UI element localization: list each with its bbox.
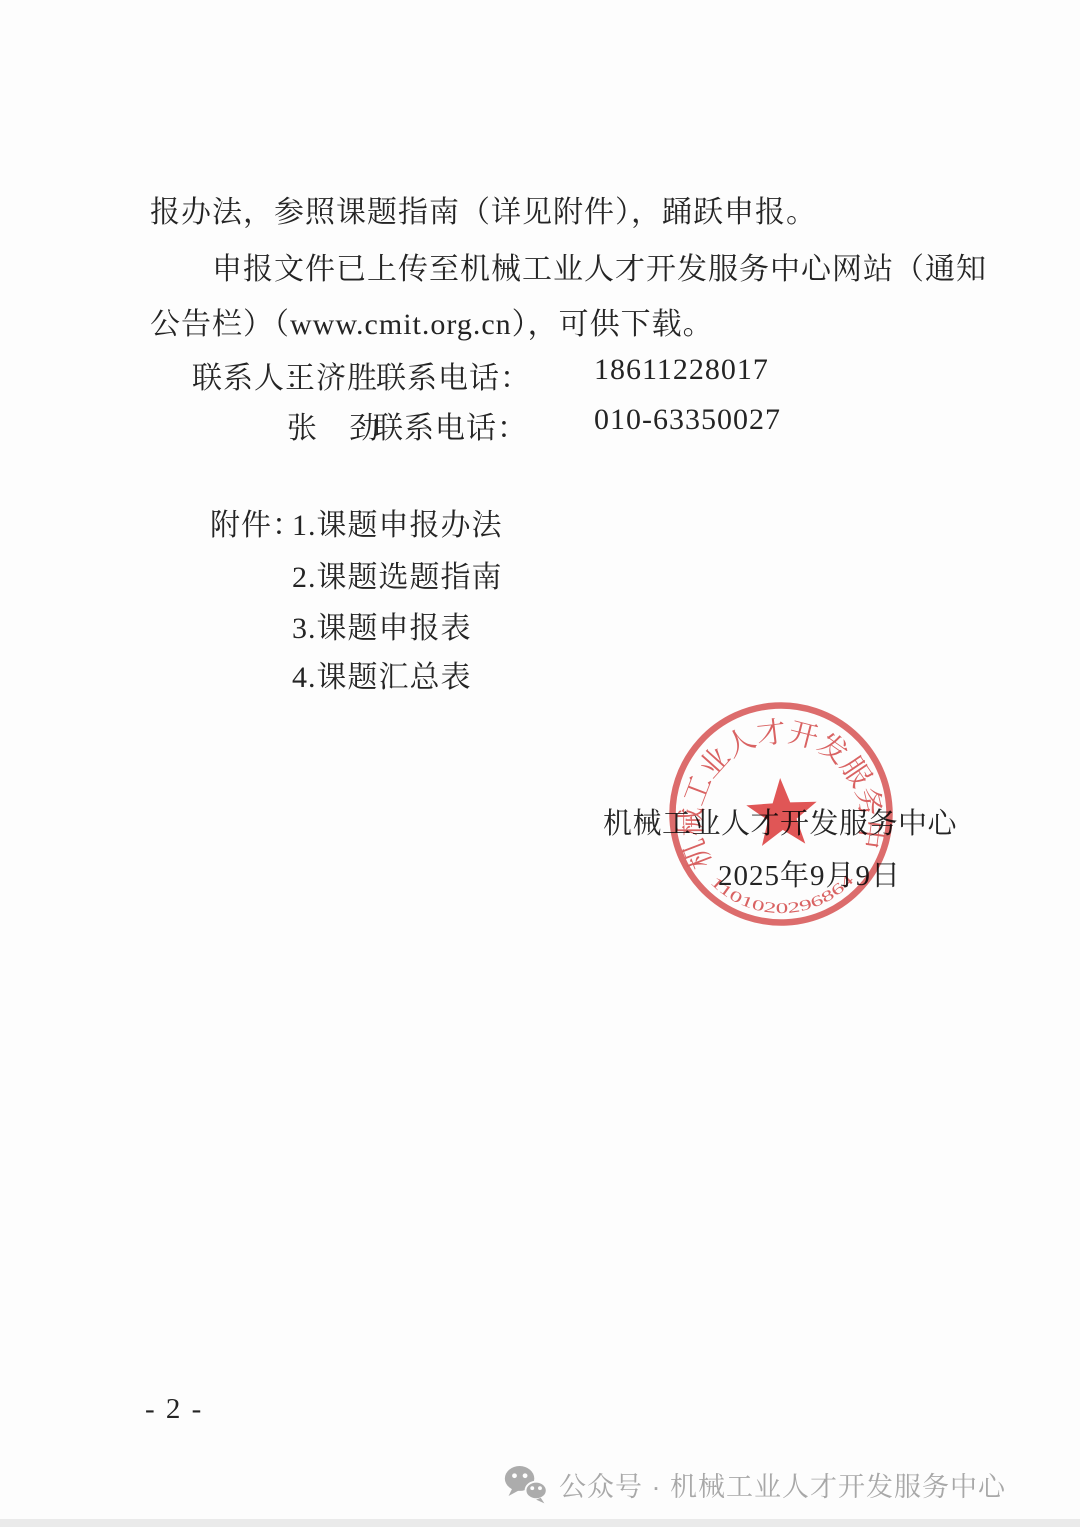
bottom-strip [0, 1519, 1080, 1527]
contact-phone-1: 18611228017 [594, 353, 769, 387]
document-page: 报办法，参照课题指南（详见附件），踊跃申报。 申报文件已上传至机械工业人才开发服… [0, 0, 1080, 1527]
attachments-label: 附件： [210, 500, 303, 544]
attachment-item: 4.课题汇总表 [292, 652, 472, 696]
contact-phone-2: 010-63350027 [594, 403, 781, 437]
contact-phone-label-2: 联系电话： [373, 403, 528, 447]
footer-account-label: 公众号 · 机械工业人才开发服务中心 [559, 1465, 1006, 1504]
contact-phone-label-1: 联系电话： [376, 353, 531, 397]
body-line-3: 公告栏）（www.cmit.org.cn），可供下载。 [150, 305, 714, 345]
contact-name-2: 张 劲 [287, 403, 380, 447]
official-seal-stamp: 机械工业人才开发服务中心 1101020296864 [644, 677, 917, 950]
body-line-1: 报办法，参照课题指南（详见附件），踊跃申报。 [150, 193, 817, 233]
contact-name-1: 王济胜 [285, 353, 378, 397]
attachment-item: 3.课题申报表 [292, 603, 472, 647]
attachment-item: 2.课题选题指南 [292, 552, 503, 596]
attachment-item: 1.课题申报办法 [292, 500, 503, 544]
wechat-icon [503, 1464, 549, 1504]
footer: 公众号 · 机械工业人才开发服务中心 [0, 1458, 1080, 1519]
body-line-2: 申报文件已上传至机械工业人才开发服务中心网站（通知 [212, 250, 987, 290]
seal-star-icon [745, 776, 819, 846]
page-number: - 2 - [145, 1393, 203, 1426]
